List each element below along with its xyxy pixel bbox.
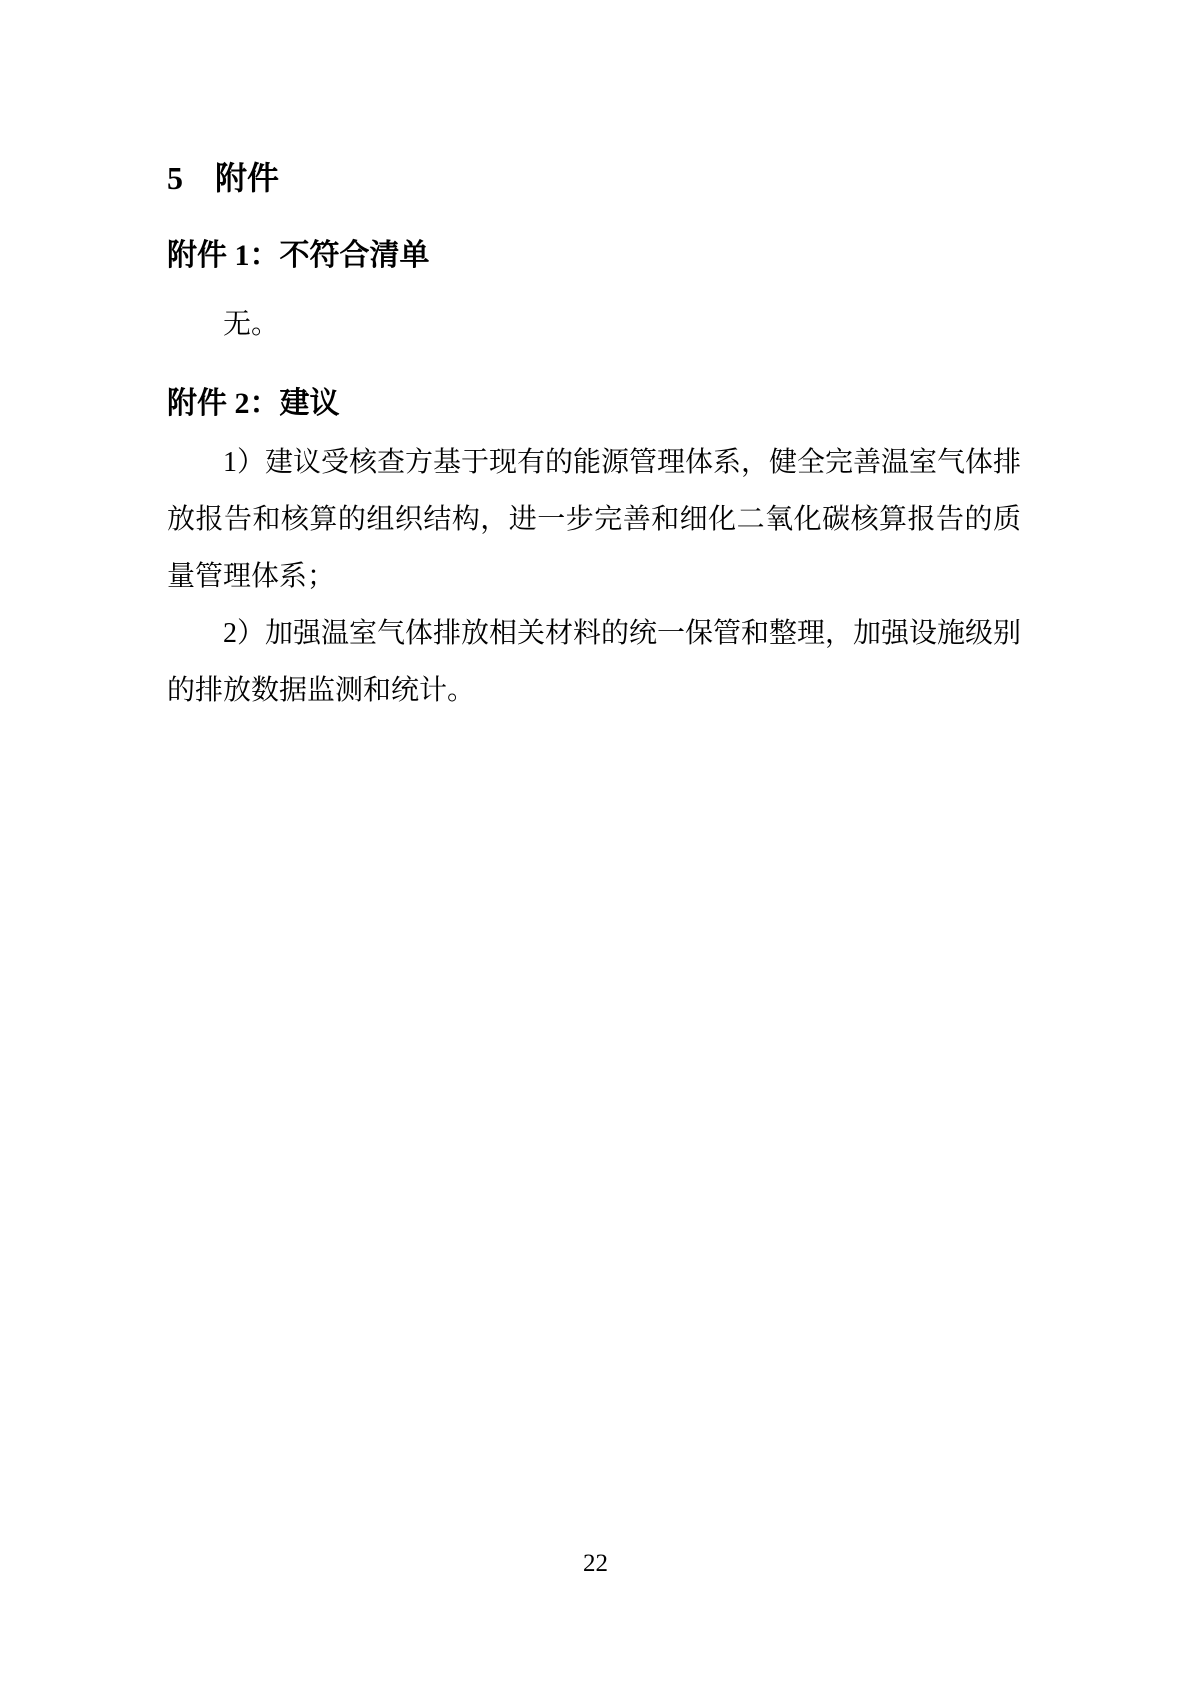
attachment-2-paragraph-1: 1）建议受核查方基于现有的能源管理体系，健全完善温室气体排放报告和核算的组织结构… — [167, 434, 1021, 605]
page-number: 22 — [0, 1549, 1191, 1579]
attachment-2-paragraph-2: 2）加强温室气体排放相关材料的统一保管和整理，加强设施级别的排放数据监测和统计。 — [167, 605, 1021, 719]
document-page: 5 附件 附件 1：不符合清单 无。 附件 2：建议 1）建议受核查方基于现有的… — [0, 0, 1191, 1684]
attachment-1-heading: 附件 1：不符合清单 — [167, 236, 1021, 276]
attachment-1-body: 无。 — [167, 302, 1021, 348]
attachment-2-heading: 附件 2：建议 — [167, 384, 1021, 424]
section-heading: 5 附件 — [167, 156, 1021, 200]
